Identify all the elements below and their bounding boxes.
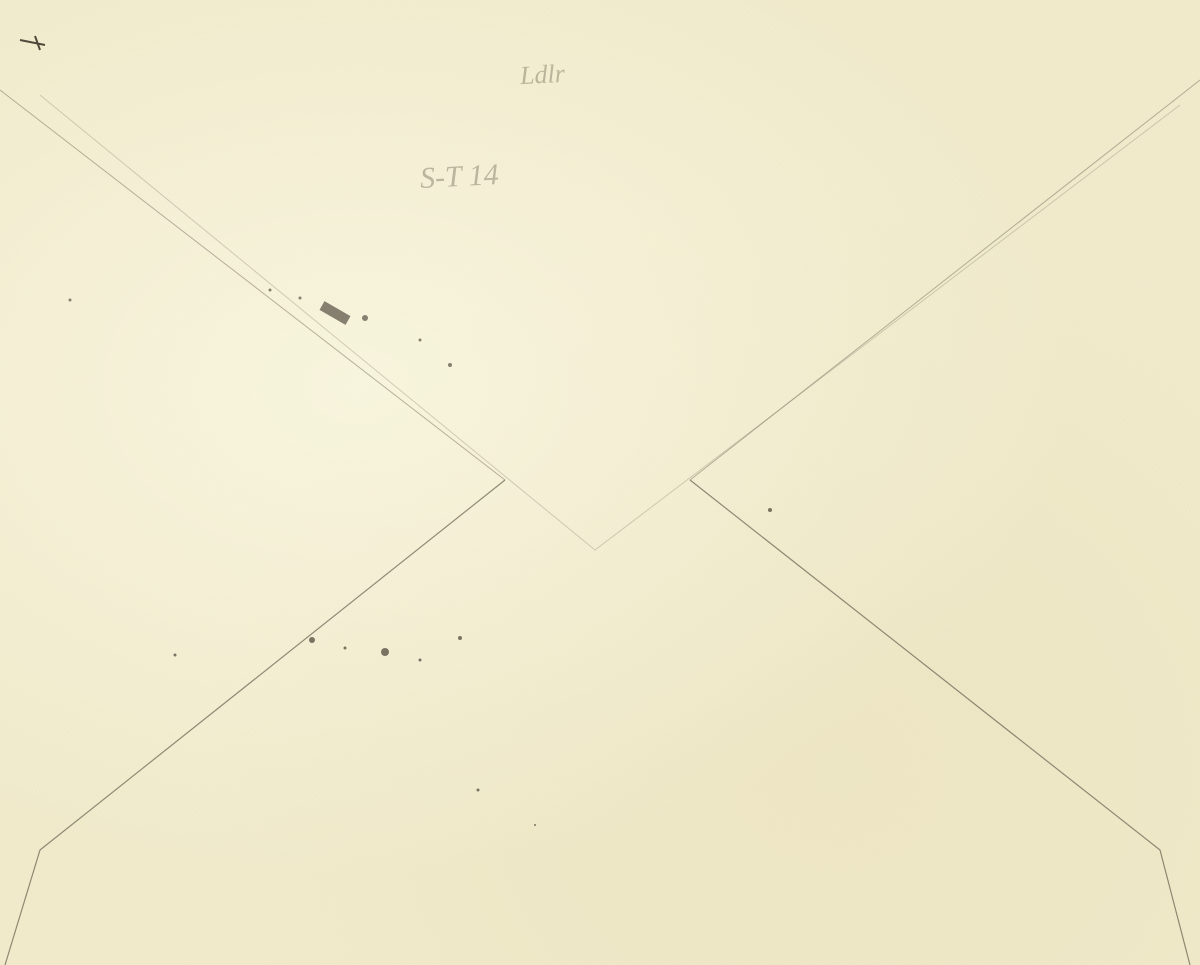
ink-smudge-upper — [69, 289, 453, 368]
ink-smudge-lower — [174, 508, 773, 826]
pencil-note-top: Ldlr — [519, 59, 565, 91]
pencil-note-mid: S-T 14 — [419, 158, 499, 196]
envelope-back: Ldlr S-T 14 — [0, 0, 1200, 965]
envelope-flaps — [0, 0, 1200, 965]
corner-ink-mark — [20, 36, 45, 50]
